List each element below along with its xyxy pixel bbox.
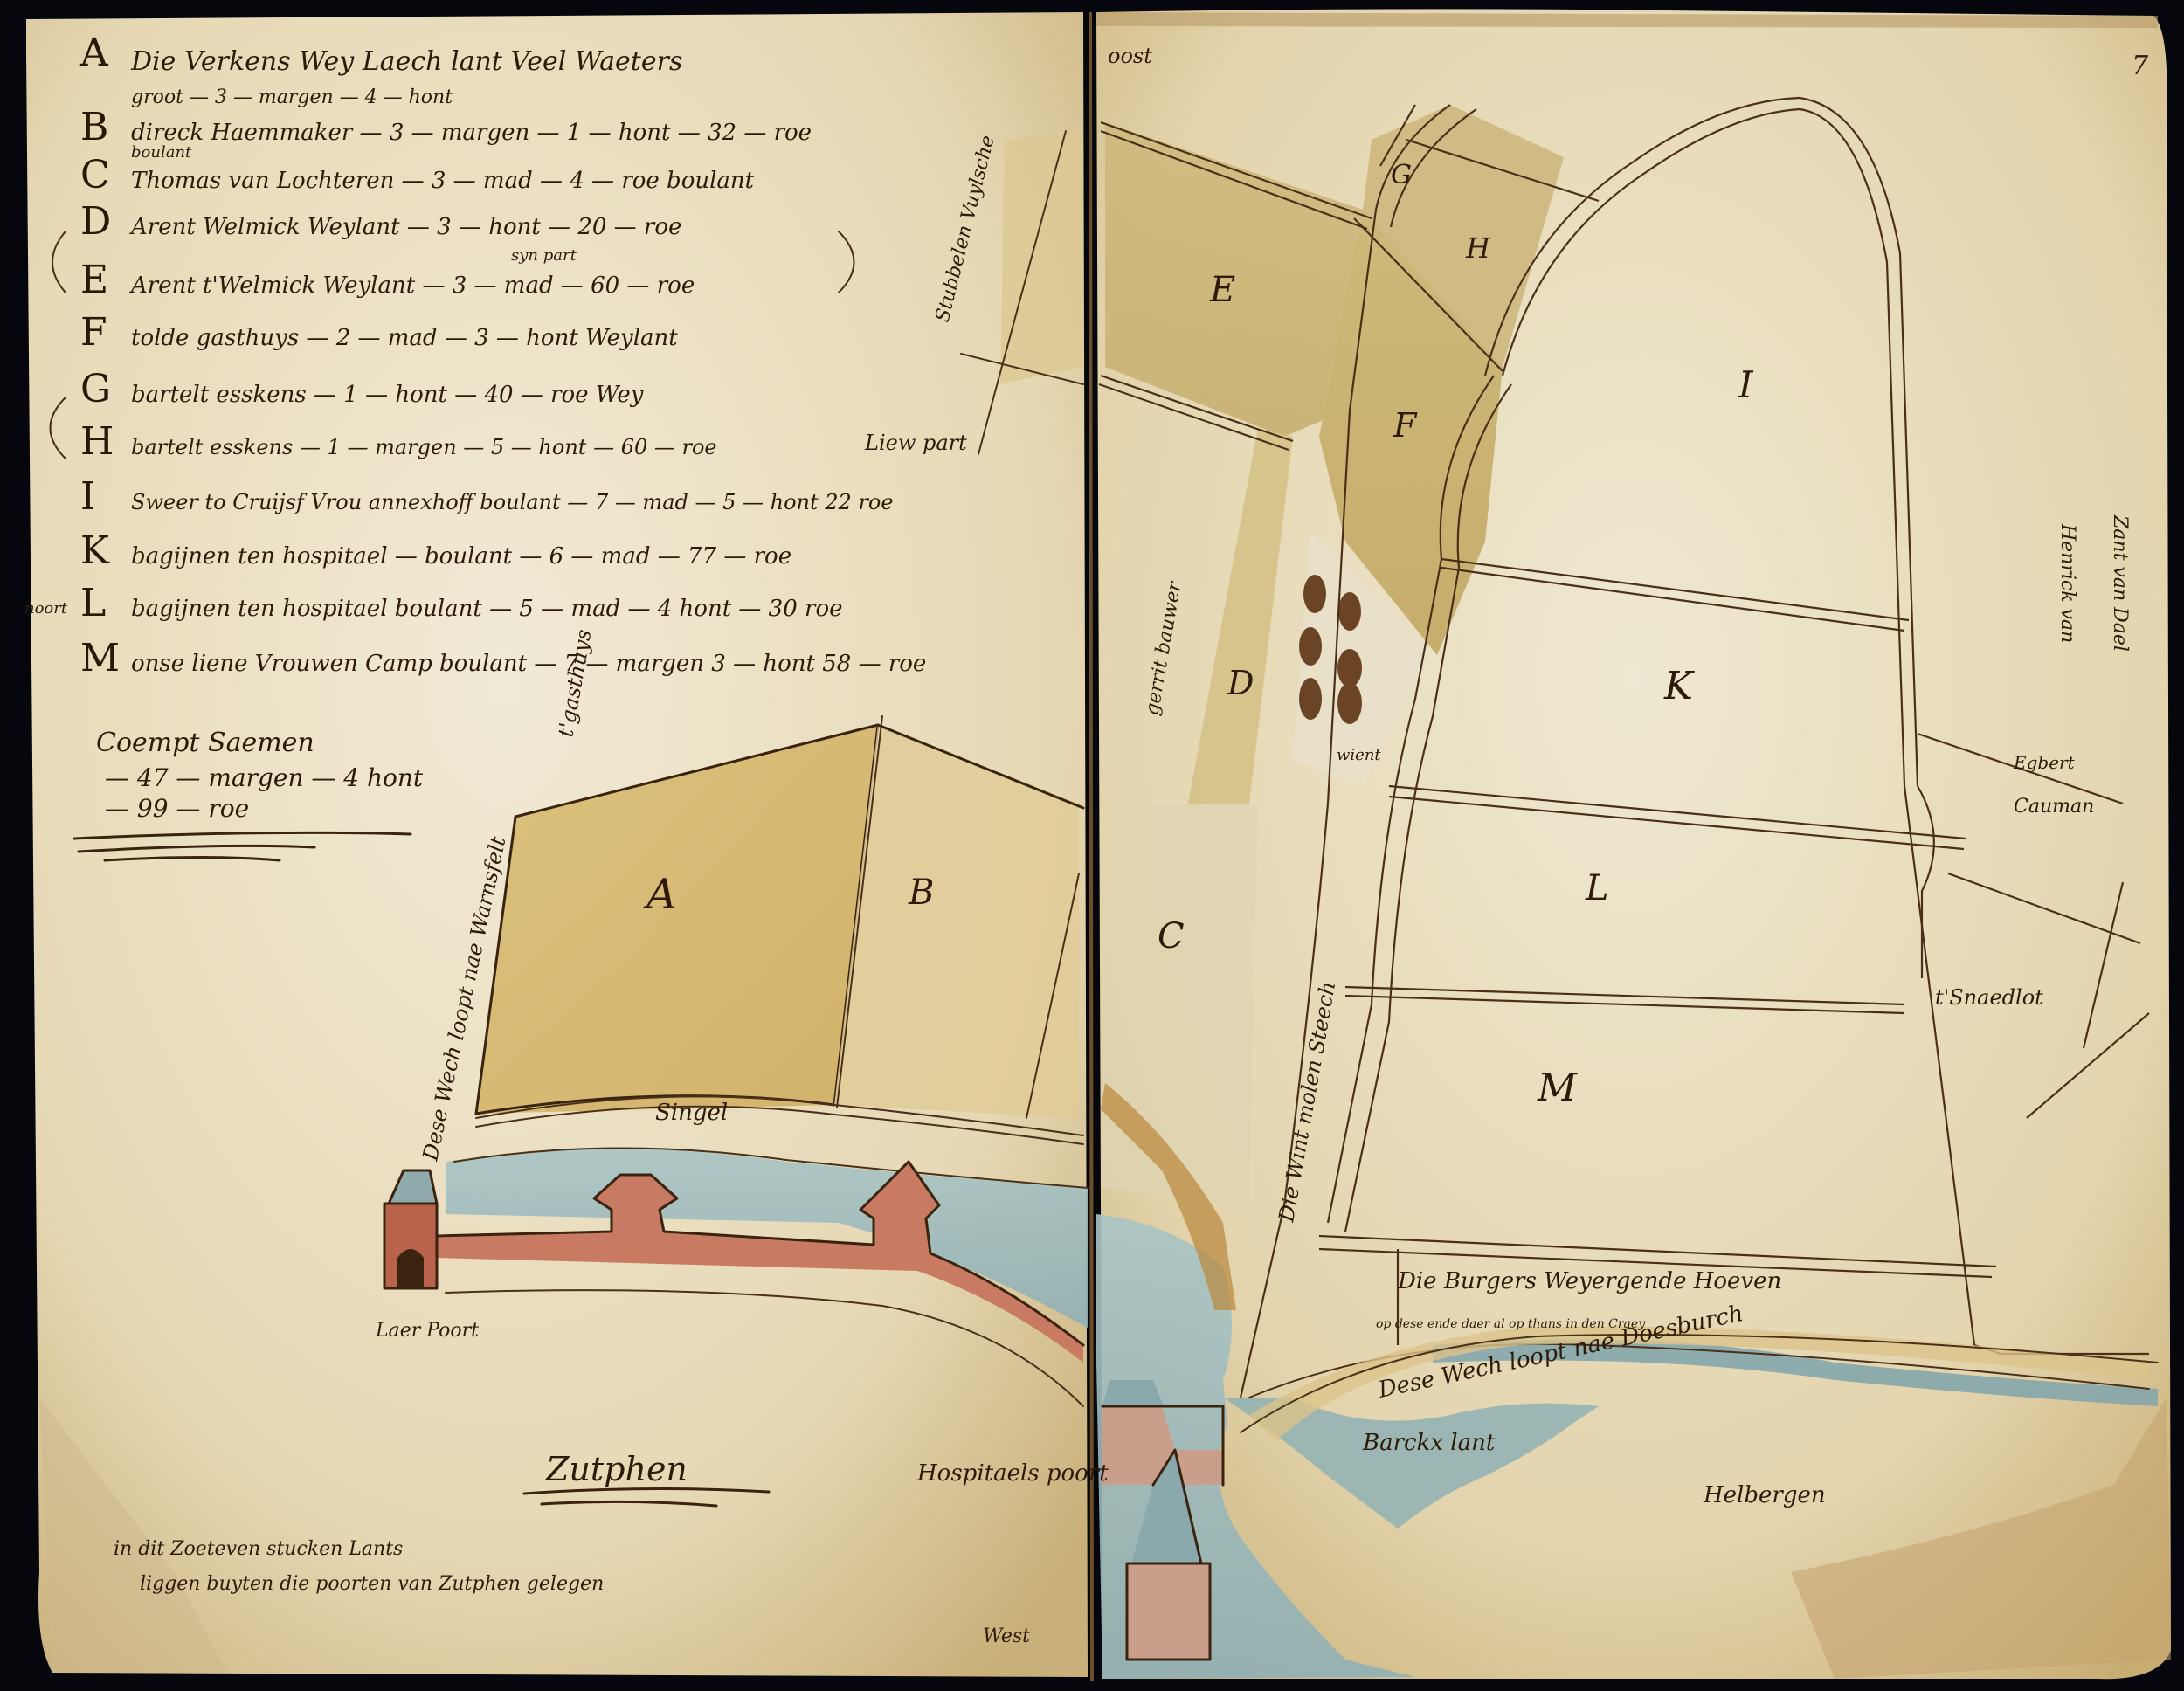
parcel-label-E: E xyxy=(1209,270,1235,310)
parcel-label-D: D xyxy=(1227,664,1254,702)
legend-letter: M xyxy=(80,636,120,680)
label-henrick-van: Henrick van xyxy=(2056,523,2078,643)
bottom-note-2: liggen buyten die poorten van Zutphen ge… xyxy=(140,1573,604,1595)
parcel-label-B: B xyxy=(908,873,934,913)
legend-text: bartelt esskens — 1 — hont — 40 — roe We… xyxy=(131,382,644,408)
total-line-1: — 47 — margen — 4 hont xyxy=(105,763,424,792)
parcel-label-K: K xyxy=(1663,664,1695,708)
label-hospitaels-poort: Hospitaels poort xyxy=(916,1460,1109,1487)
legend-letter: D xyxy=(80,199,111,244)
legend-text: Arent Welmick Weylant — 3 — hont — 20 — … xyxy=(129,214,681,240)
compass-east-label: oost xyxy=(1108,44,1152,68)
legend-text: Die Verkens Wey Laech lant Veel Waeters xyxy=(130,46,682,77)
legend-letter: F xyxy=(80,310,107,355)
label-snaedlot: t'Snaedlot xyxy=(1935,985,2043,1010)
legend-letter: K xyxy=(80,528,110,573)
margin-note-noort: noort xyxy=(24,599,68,618)
legend-letter: A xyxy=(79,31,109,75)
book-gutter xyxy=(1090,12,1092,1681)
legend-text: Sweer to Cruijsf Vrou annexhoff boulant … xyxy=(131,490,894,514)
parcel-label-L: L xyxy=(1585,868,1609,908)
label-cauman: Cauman xyxy=(2014,796,2094,818)
label-burgers-hoeven: Die Burgers Weyergende Hoeven xyxy=(1397,1268,1781,1294)
bottom-note-1: in dit Zoeteven stucken Lants xyxy=(114,1538,403,1560)
parcel-label-F: F xyxy=(1393,406,1418,445)
map-canvas: A Die Verkens Wey Laech lant Veel Waeter… xyxy=(0,0,2184,1691)
total-line-2: — 99 — roe xyxy=(105,794,249,823)
parcel-label-C: C xyxy=(1158,916,1185,956)
legend-letter: G xyxy=(80,367,111,411)
legend-letter: H xyxy=(80,419,114,464)
legend-text: bartelt esskens — 1 — margen — 5 — hont … xyxy=(131,435,717,459)
legend-text: direck Haemmaker — 3 — margen — 1 — hont… xyxy=(131,120,812,146)
label-zant-van-dael: Zant van Dael xyxy=(2109,514,2131,652)
legend-annotation: syn part xyxy=(511,246,577,265)
legend-letter: E xyxy=(80,258,108,302)
label-singel: Singel xyxy=(655,1100,728,1126)
legend-letter: L xyxy=(80,581,106,625)
parcel-C xyxy=(1101,804,1258,1205)
label-barckx-lant: Barckx lant xyxy=(1362,1430,1496,1456)
legend-text: onse liene Vrouwen Camp boulant — 7 — ma… xyxy=(131,651,926,677)
legend-subtext: groot — 3 — margen — 4 — hont xyxy=(131,86,453,108)
parcel-label-H: H xyxy=(1465,231,1491,265)
label-helbergen: Helbergen xyxy=(1703,1482,1826,1508)
total-label: Coempt Saemen xyxy=(96,728,314,758)
label-wient: wient xyxy=(1337,746,1381,764)
parcel-label-G: G xyxy=(1391,160,1412,190)
parcel-label-I: I xyxy=(1738,363,1754,406)
legend-text: Arent t'Welmick Weylant — 3 — mad — 60 —… xyxy=(129,273,695,299)
legend-annotation: Liew part xyxy=(864,431,967,455)
parcel-label-A: A xyxy=(643,870,677,919)
manuscript-map-spread: A Die Verkens Wey Laech lant Veel Waeter… xyxy=(0,0,2184,1691)
label-laer-poort: Laer Poort xyxy=(375,1320,479,1342)
legend-text: bagijnen ten hospitael boulant — 5 — mad… xyxy=(131,596,843,622)
legend-annotation: boulant xyxy=(131,143,192,162)
legend-text: bagijnen ten hospitael — boulant — 6 — m… xyxy=(131,543,791,569)
legend-letter: I xyxy=(80,474,95,519)
legend-letter: B xyxy=(80,105,108,149)
compass-west-label: West xyxy=(983,1625,1030,1647)
label-egbert: Egbert xyxy=(2013,752,2076,773)
legend-text: Thomas van Lochteren — 3 — mad — 4 — roe… xyxy=(131,168,755,194)
parcel-label-M: M xyxy=(1537,1066,1578,1110)
legend-letter: C xyxy=(80,153,110,197)
legend-text: tolde gasthuys — 2 — mad — 3 — hont Weyl… xyxy=(131,325,678,351)
label-zutphen: Zutphen xyxy=(545,1450,688,1488)
page-number: 7 xyxy=(2132,51,2149,81)
